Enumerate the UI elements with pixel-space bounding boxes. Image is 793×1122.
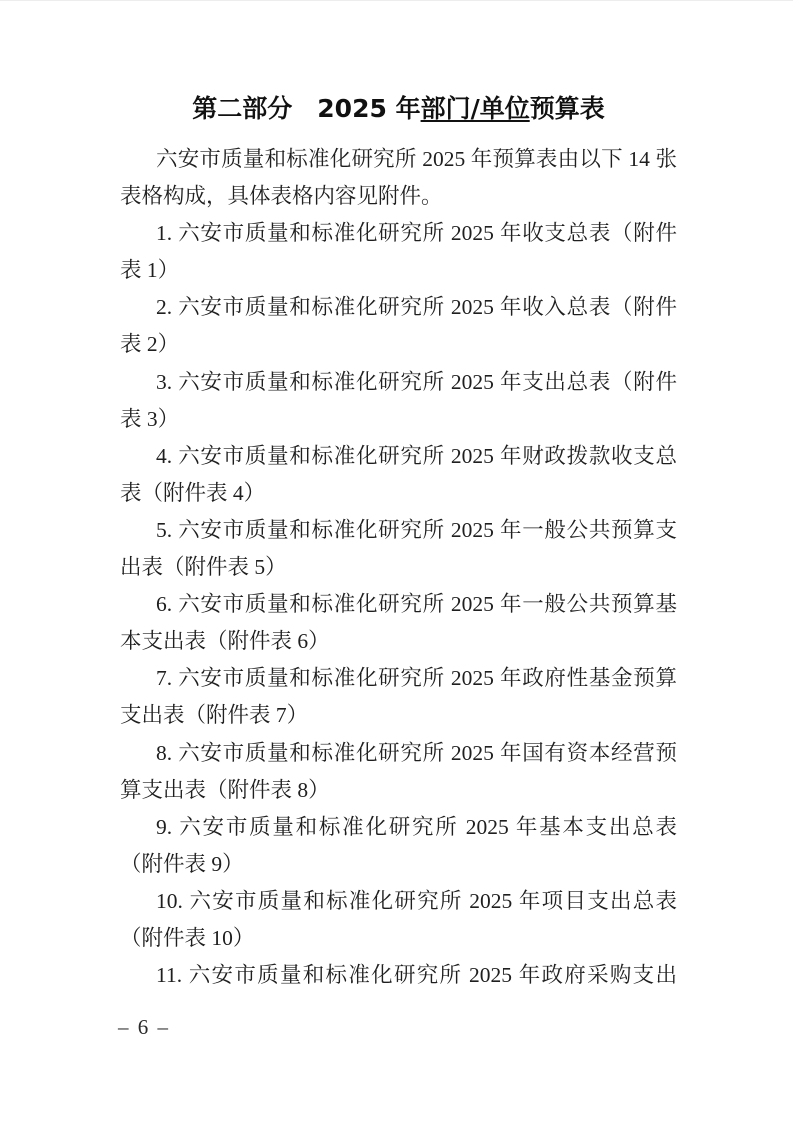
item-line: 表 3） xyxy=(120,401,677,438)
item-line: （附件表 10） xyxy=(120,920,677,957)
budget-item-2: 2. 六安市质量和标准化研究所 2025 年收入总表（附件 表 2） xyxy=(120,289,677,363)
page-content: 第二部分 2025 年部门/单位预算表 六安市质量和标准化研究所 2025 年预… xyxy=(120,91,677,994)
page-footer: – 6 – xyxy=(118,1015,170,1039)
budget-item-6: 6. 六安市质量和标准化研究所 2025 年一般公共预算基 本支出表（附件表 6… xyxy=(120,586,677,660)
item-line: 3. 六安市质量和标准化研究所 2025 年支出总表（附件 xyxy=(120,364,677,401)
intro-line: 六安市质量和标准化研究所 2025 年预算表由以下 14 张 xyxy=(120,141,677,178)
item-line: 表 2） xyxy=(120,326,677,363)
item-line: 7. 六安市质量和标准化研究所 2025 年政府性基金预算 xyxy=(120,660,677,697)
section-title: 第二部分 2025 年部门/单位预算表 xyxy=(120,91,677,127)
item-line: 2. 六安市质量和标准化研究所 2025 年收入总表（附件 xyxy=(120,289,677,326)
budget-table-list: 1. 六安市质量和标准化研究所 2025 年收支总表（附件 表 1） 2. 六安… xyxy=(120,215,677,994)
section-title-year: 2025 年 xyxy=(317,94,420,123)
item-line: 10. 六安市质量和标准化研究所 2025 年项目支出总表 xyxy=(120,883,677,920)
item-line: 6. 六安市质量和标准化研究所 2025 年一般公共预算基 xyxy=(120,586,677,623)
item-line: （附件表 9） xyxy=(120,846,677,883)
page-number: – 6 – xyxy=(118,1015,170,1039)
item-line: 支出表（附件表 7） xyxy=(120,697,677,734)
budget-item-1: 1. 六安市质量和标准化研究所 2025 年收支总表（附件 表 1） xyxy=(120,215,677,289)
item-line: 4. 六安市质量和标准化研究所 2025 年财政拨款收支总 xyxy=(120,438,677,475)
intro-paragraph: 六安市质量和标准化研究所 2025 年预算表由以下 14 张 表格构成，具体表格… xyxy=(120,141,677,215)
document-body: 六安市质量和标准化研究所 2025 年预算表由以下 14 张 表格构成，具体表格… xyxy=(120,141,677,994)
budget-item-7: 7. 六安市质量和标准化研究所 2025 年政府性基金预算 支出表（附件表 7） xyxy=(120,660,677,734)
item-line: 9. 六安市质量和标准化研究所 2025 年基本支出总表 xyxy=(120,809,677,846)
item-line: 出表（附件表 5） xyxy=(120,549,677,586)
section-title-part: 第二部分 xyxy=(192,94,292,123)
budget-item-10: 10. 六安市质量和标准化研究所 2025 年项目支出总表 （附件表 10） xyxy=(120,883,677,957)
budget-item-3: 3. 六安市质量和标准化研究所 2025 年支出总表（附件 表 3） xyxy=(120,364,677,438)
budget-item-11: 11. 六安市质量和标准化研究所 2025 年政府采购支出 xyxy=(120,957,677,994)
item-line: 表（附件表 4） xyxy=(120,475,677,512)
title-separator xyxy=(292,94,317,123)
intro-line: 表格构成，具体表格内容见附件。 xyxy=(120,178,677,215)
budget-item-8: 8. 六安市质量和标准化研究所 2025 年国有资本经营预 算支出表（附件表 8… xyxy=(120,735,677,809)
item-line: 表 1） xyxy=(120,252,677,289)
budget-item-5: 5. 六安市质量和标准化研究所 2025 年一般公共预算支 出表（附件表 5） xyxy=(120,512,677,586)
item-line: 11. 六安市质量和标准化研究所 2025 年政府采购支出 xyxy=(120,957,677,994)
item-line: 5. 六安市质量和标准化研究所 2025 年一般公共预算支 xyxy=(120,512,677,549)
item-line: 本支出表（附件表 6） xyxy=(120,623,677,660)
budget-item-9: 9. 六安市质量和标准化研究所 2025 年基本支出总表 （附件表 9） xyxy=(120,809,677,883)
item-line: 8. 六安市质量和标准化研究所 2025 年国有资本经营预 xyxy=(120,735,677,772)
section-title-tail: 预算表 xyxy=(530,94,605,123)
item-line: 算支出表（附件表 8） xyxy=(120,772,677,809)
section-title-underlined: 部门/单位 xyxy=(421,94,530,123)
budget-item-4: 4. 六安市质量和标准化研究所 2025 年财政拨款收支总 表（附件表 4） xyxy=(120,438,677,512)
item-line: 1. 六安市质量和标准化研究所 2025 年收支总表（附件 xyxy=(120,215,677,252)
